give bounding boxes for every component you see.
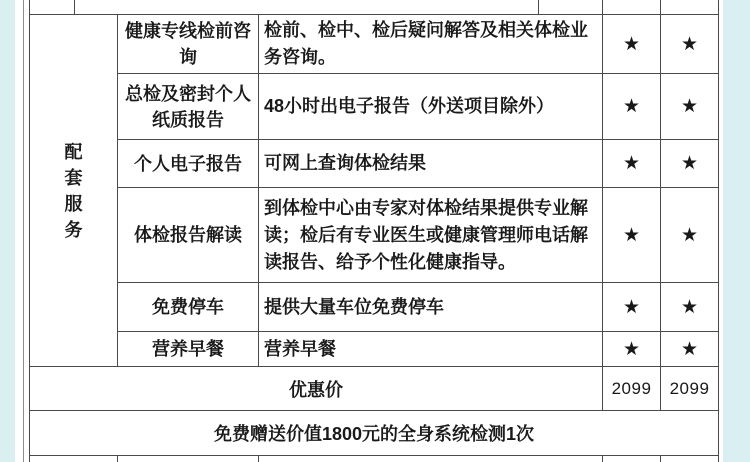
service-section: 配套服务 健康专线检前咨询 检前、检中、检后疑问解答及相关体检业务咨询。 ★ ★… xyxy=(30,15,719,367)
star-filled-icon: ★ xyxy=(661,188,719,283)
product-table-screenshot: 配套服务 健康专线检前咨询 检前、检中、检后疑问解答及相关体检业务咨询。 ★ ★… xyxy=(0,0,750,462)
table-row: 体检报告解读 到体检中心由专家对体检结果提供专业解读；检后有专业医生或健康管理师… xyxy=(118,188,719,283)
category-label: 配套服务 xyxy=(64,139,84,243)
cropped-cell xyxy=(30,456,118,462)
star-filled-icon: ★ xyxy=(661,15,719,74)
star-filled-icon: ★ xyxy=(603,332,661,367)
service-desc-cell: 48小时出电子报告（外送项目除外） xyxy=(259,74,603,140)
service-name-cell: 个人电子报告 xyxy=(118,140,259,188)
service-name-cell: 健康专线检前咨询 xyxy=(118,15,259,74)
service-name-cell: 营养早餐 xyxy=(118,332,259,367)
star-filled-icon: ★ xyxy=(603,188,661,283)
service-desc-cell: 提供大量车位免费停车 xyxy=(259,283,603,332)
page-right-margin-stripe xyxy=(723,0,750,462)
cropped-cell xyxy=(539,0,603,15)
cropped-cell xyxy=(259,456,603,462)
price-value: 2099 xyxy=(603,367,661,411)
table-row: 个人电子报告 可网上查询体检结果 ★ ★ xyxy=(118,140,719,188)
table-row: 总检及密封个人纸质报告 48小时出电子报告（外送项目除外） ★ ★ xyxy=(118,74,719,140)
star-filled-icon: ★ xyxy=(603,74,661,140)
star-filled-icon: ★ xyxy=(661,283,719,332)
cropped-cell xyxy=(75,0,539,15)
star-filled-icon: ★ xyxy=(661,332,719,367)
star-filled-icon: ★ xyxy=(603,140,661,188)
price-value: 2099 xyxy=(661,367,719,411)
cropped-cell xyxy=(661,0,719,15)
cropped-cell xyxy=(118,456,259,462)
cropped-cell xyxy=(603,456,661,462)
star-filled-icon: ★ xyxy=(603,283,661,332)
category-cell: 配套服务 xyxy=(30,15,118,367)
table-row: 健康专线检前咨询 检前、检中、检后疑问解答及相关体检业务咨询。 ★ ★ xyxy=(118,15,719,74)
service-desc-cell: 可网上查询体检结果 xyxy=(259,140,603,188)
benefits-comparison-table: 配套服务 健康专线检前咨询 检前、检中、检后疑问解答及相关体检业务咨询。 ★ ★… xyxy=(29,0,719,462)
table-row: 营养早餐 营养早餐 ★ ★ xyxy=(118,332,719,367)
cropped-cell xyxy=(603,0,661,15)
gift-row: 免费赠送价值1800元的全身系统检测1次 xyxy=(30,411,719,456)
page-left-margin-stripe xyxy=(0,0,15,462)
service-desc-cell: 到体检中心由专家对体检结果提供专业解读；检后有专业医生或健康管理师电话解读报告、… xyxy=(259,188,603,283)
table-row: 免费停车 提供大量车位免费停车 ★ ★ xyxy=(118,283,719,332)
cropped-cell xyxy=(30,0,75,15)
price-label: 优惠价 xyxy=(30,367,603,411)
cropped-bottom-row xyxy=(30,456,719,462)
star-filled-icon: ★ xyxy=(603,15,661,74)
gift-text: 免费赠送价值1800元的全身系统检测1次 xyxy=(30,411,719,456)
cropped-cell xyxy=(661,456,719,462)
service-rows: 健康专线检前咨询 检前、检中、检后疑问解答及相关体检业务咨询。 ★ ★ 总检及密… xyxy=(118,15,719,367)
service-name-cell: 免费停车 xyxy=(118,283,259,332)
star-filled-icon: ★ xyxy=(661,140,719,188)
price-row: 优惠价 2099 2099 xyxy=(30,367,719,411)
table-outer-frame-line xyxy=(23,0,24,462)
service-desc-cell: 营养早餐 xyxy=(259,332,603,367)
service-desc-cell: 检前、检中、检后疑问解答及相关体检业务咨询。 xyxy=(259,15,603,74)
cropped-top-row xyxy=(30,0,719,15)
service-name-cell: 体检报告解读 xyxy=(118,188,259,283)
star-filled-icon: ★ xyxy=(661,74,719,140)
service-name-cell: 总检及密封个人纸质报告 xyxy=(118,74,259,140)
